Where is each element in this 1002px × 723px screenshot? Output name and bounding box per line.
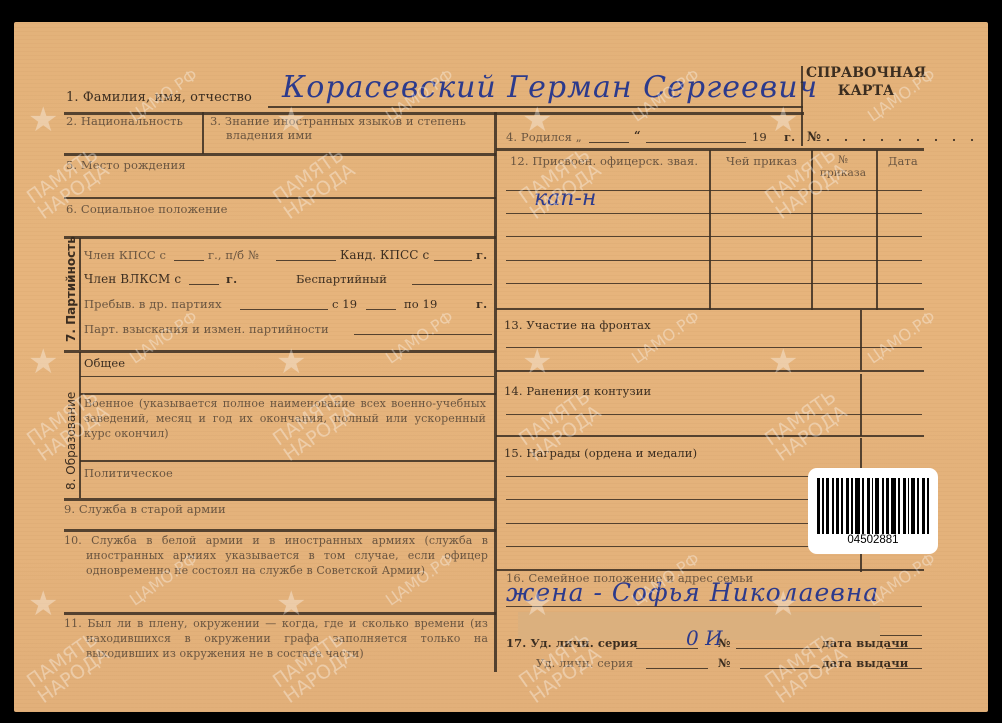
card-title: СПРАВОЧНАЯ КАРТА (806, 64, 926, 100)
blank (736, 648, 820, 649)
divider (709, 150, 711, 310)
divider (64, 350, 496, 353)
blank (646, 142, 746, 143)
id-card-no-label: № (718, 636, 731, 650)
blank (434, 260, 472, 261)
star-icon: ★ (768, 342, 798, 382)
section-8-label: 8. Образование (64, 392, 78, 490)
blank (174, 260, 204, 261)
row-line (506, 283, 922, 284)
divider (79, 352, 81, 498)
divider (202, 112, 204, 154)
education-military-label: Военное (указывается полное наименование… (84, 396, 486, 441)
field-4-label: 4. Родился „ (506, 130, 582, 144)
id-card-label: 17. Уд. личн. серия (506, 636, 638, 650)
party-penalties-label: Парт. взыскания и измен. партийности (84, 322, 329, 336)
blank (412, 284, 492, 285)
blank (886, 648, 922, 649)
party-kpss-label: Член КПСС с (84, 248, 166, 262)
field-14-label: 14. Ранения и контузии (504, 384, 651, 398)
watermark-project: ПАМЯТЬНАРОДА (270, 145, 359, 223)
field-15-label: 15. Награды (ордена и медали) (504, 446, 697, 460)
field-9-label: 9. Служба в старой армии (64, 502, 226, 516)
divider (80, 393, 496, 395)
barcode-icon (817, 478, 929, 534)
other-parties-label: Пребыв. в др. партиях (84, 297, 222, 311)
field-4-year-prefix: 19 (752, 130, 767, 144)
other-parties-from: с 19 (332, 297, 357, 311)
id-card-2-label: Уд. личн. серия (536, 656, 633, 670)
field-11-label: 11. Был ли в плену, окружении — когда, г… (64, 616, 488, 661)
party-year-suffix: г. (476, 248, 487, 262)
party-vlksm-suffix: г. (226, 272, 237, 286)
row-line (506, 236, 922, 237)
divider (811, 150, 813, 310)
field-13-label: 13. Участие на фронтах (504, 318, 651, 332)
divider (64, 236, 496, 239)
row-line (506, 414, 922, 415)
divider (80, 460, 496, 462)
field-10-label: 10. Служба в белой армии и в иностранных… (64, 533, 488, 578)
divider (496, 370, 924, 372)
divider (64, 197, 496, 199)
education-general-label: Общее (84, 356, 125, 370)
divider (496, 435, 924, 437)
card-number-dots: . . . . . . . . . (826, 130, 979, 144)
education-political-label: Политическое (84, 466, 173, 480)
watermark-archive: ЦАМО.РФ (126, 307, 201, 367)
field-2-label: 2. Национальность (66, 114, 183, 128)
other-parties-to: по 19 (404, 297, 437, 311)
blank (366, 309, 396, 310)
blank (240, 309, 328, 310)
row-line (506, 260, 922, 261)
rank-value: кап-н (534, 186, 596, 211)
star-icon: ★ (28, 342, 58, 382)
watermark-archive: ЦАМО.РФ (628, 307, 703, 367)
barcode-number: 04502881 (808, 534, 938, 546)
blank (189, 284, 219, 285)
title-separator (801, 66, 803, 146)
card-number-label: № (807, 130, 821, 145)
field-12-label: 12. Присвоен. офицерск. звая. (510, 154, 698, 168)
star-icon: ★ (522, 342, 552, 382)
watermark-project: ПАМЯТЬНАРОДА (762, 387, 851, 465)
star-icon: ★ (28, 100, 58, 140)
col-order-header: Чей приказ (726, 154, 797, 168)
field-1-value: Корасевский Герман Сергеевич (282, 70, 818, 105)
row-line (506, 606, 922, 607)
blank (646, 668, 708, 669)
divider (64, 612, 496, 615)
field-1-underline (268, 106, 803, 108)
divider (64, 153, 496, 156)
blank (740, 668, 820, 669)
blank (80, 376, 494, 377)
section-7-label: 7. Партийность (64, 236, 78, 342)
id-card-2-no-label: № (718, 656, 731, 670)
star-icon: ★ (28, 584, 58, 624)
card-title-line2: КАРТА (806, 82, 926, 100)
field-16-value: жена - Софья Николаевна (506, 578, 879, 607)
divider (860, 310, 862, 370)
field-1-label: 1. Фамилия, имя, отчество (66, 90, 252, 105)
non-party-label: Беспартийный (296, 272, 387, 286)
field-4-year-suffix: г. (784, 130, 795, 144)
reference-card: 1. Фамилия, имя, отчество Корасевский Ге… (14, 22, 988, 712)
blank (886, 668, 922, 669)
other-parties-suffix: г. (476, 297, 487, 311)
watermark-archive: ЦАМО.РФ (382, 307, 457, 367)
barcode-sticker: 04502881 (808, 468, 938, 554)
field-3-label: 3. Знание иностранных языков и степень (210, 114, 466, 128)
column-separator (494, 112, 497, 672)
field-4-quote: “ (634, 128, 641, 142)
divider (79, 238, 81, 350)
party-vlksm-label: Член ВЛКСМ с (84, 272, 181, 286)
party-card-label: г., п/б № (208, 248, 259, 262)
col-order-no-header: № приказа (818, 154, 868, 180)
blank (589, 142, 629, 143)
party-candidate-label: Канд. КПСС с (340, 248, 429, 262)
row-line (506, 213, 922, 214)
divider (876, 150, 878, 310)
watermark-archive: ЦАМО.РФ (864, 307, 939, 367)
field-6-label: 6. Социальное положение (66, 202, 228, 216)
field-3-label-cont: владения ими (226, 128, 312, 142)
divider (64, 498, 496, 501)
divider (64, 529, 496, 532)
card-title-line1: СПРАВОЧНАЯ (806, 64, 926, 82)
blank (354, 334, 492, 335)
field-5-label: 5. Место рождения (66, 158, 186, 172)
divider (860, 374, 862, 436)
col-date-header: Дата (888, 154, 918, 168)
row-line (506, 347, 922, 348)
blank (276, 260, 336, 261)
